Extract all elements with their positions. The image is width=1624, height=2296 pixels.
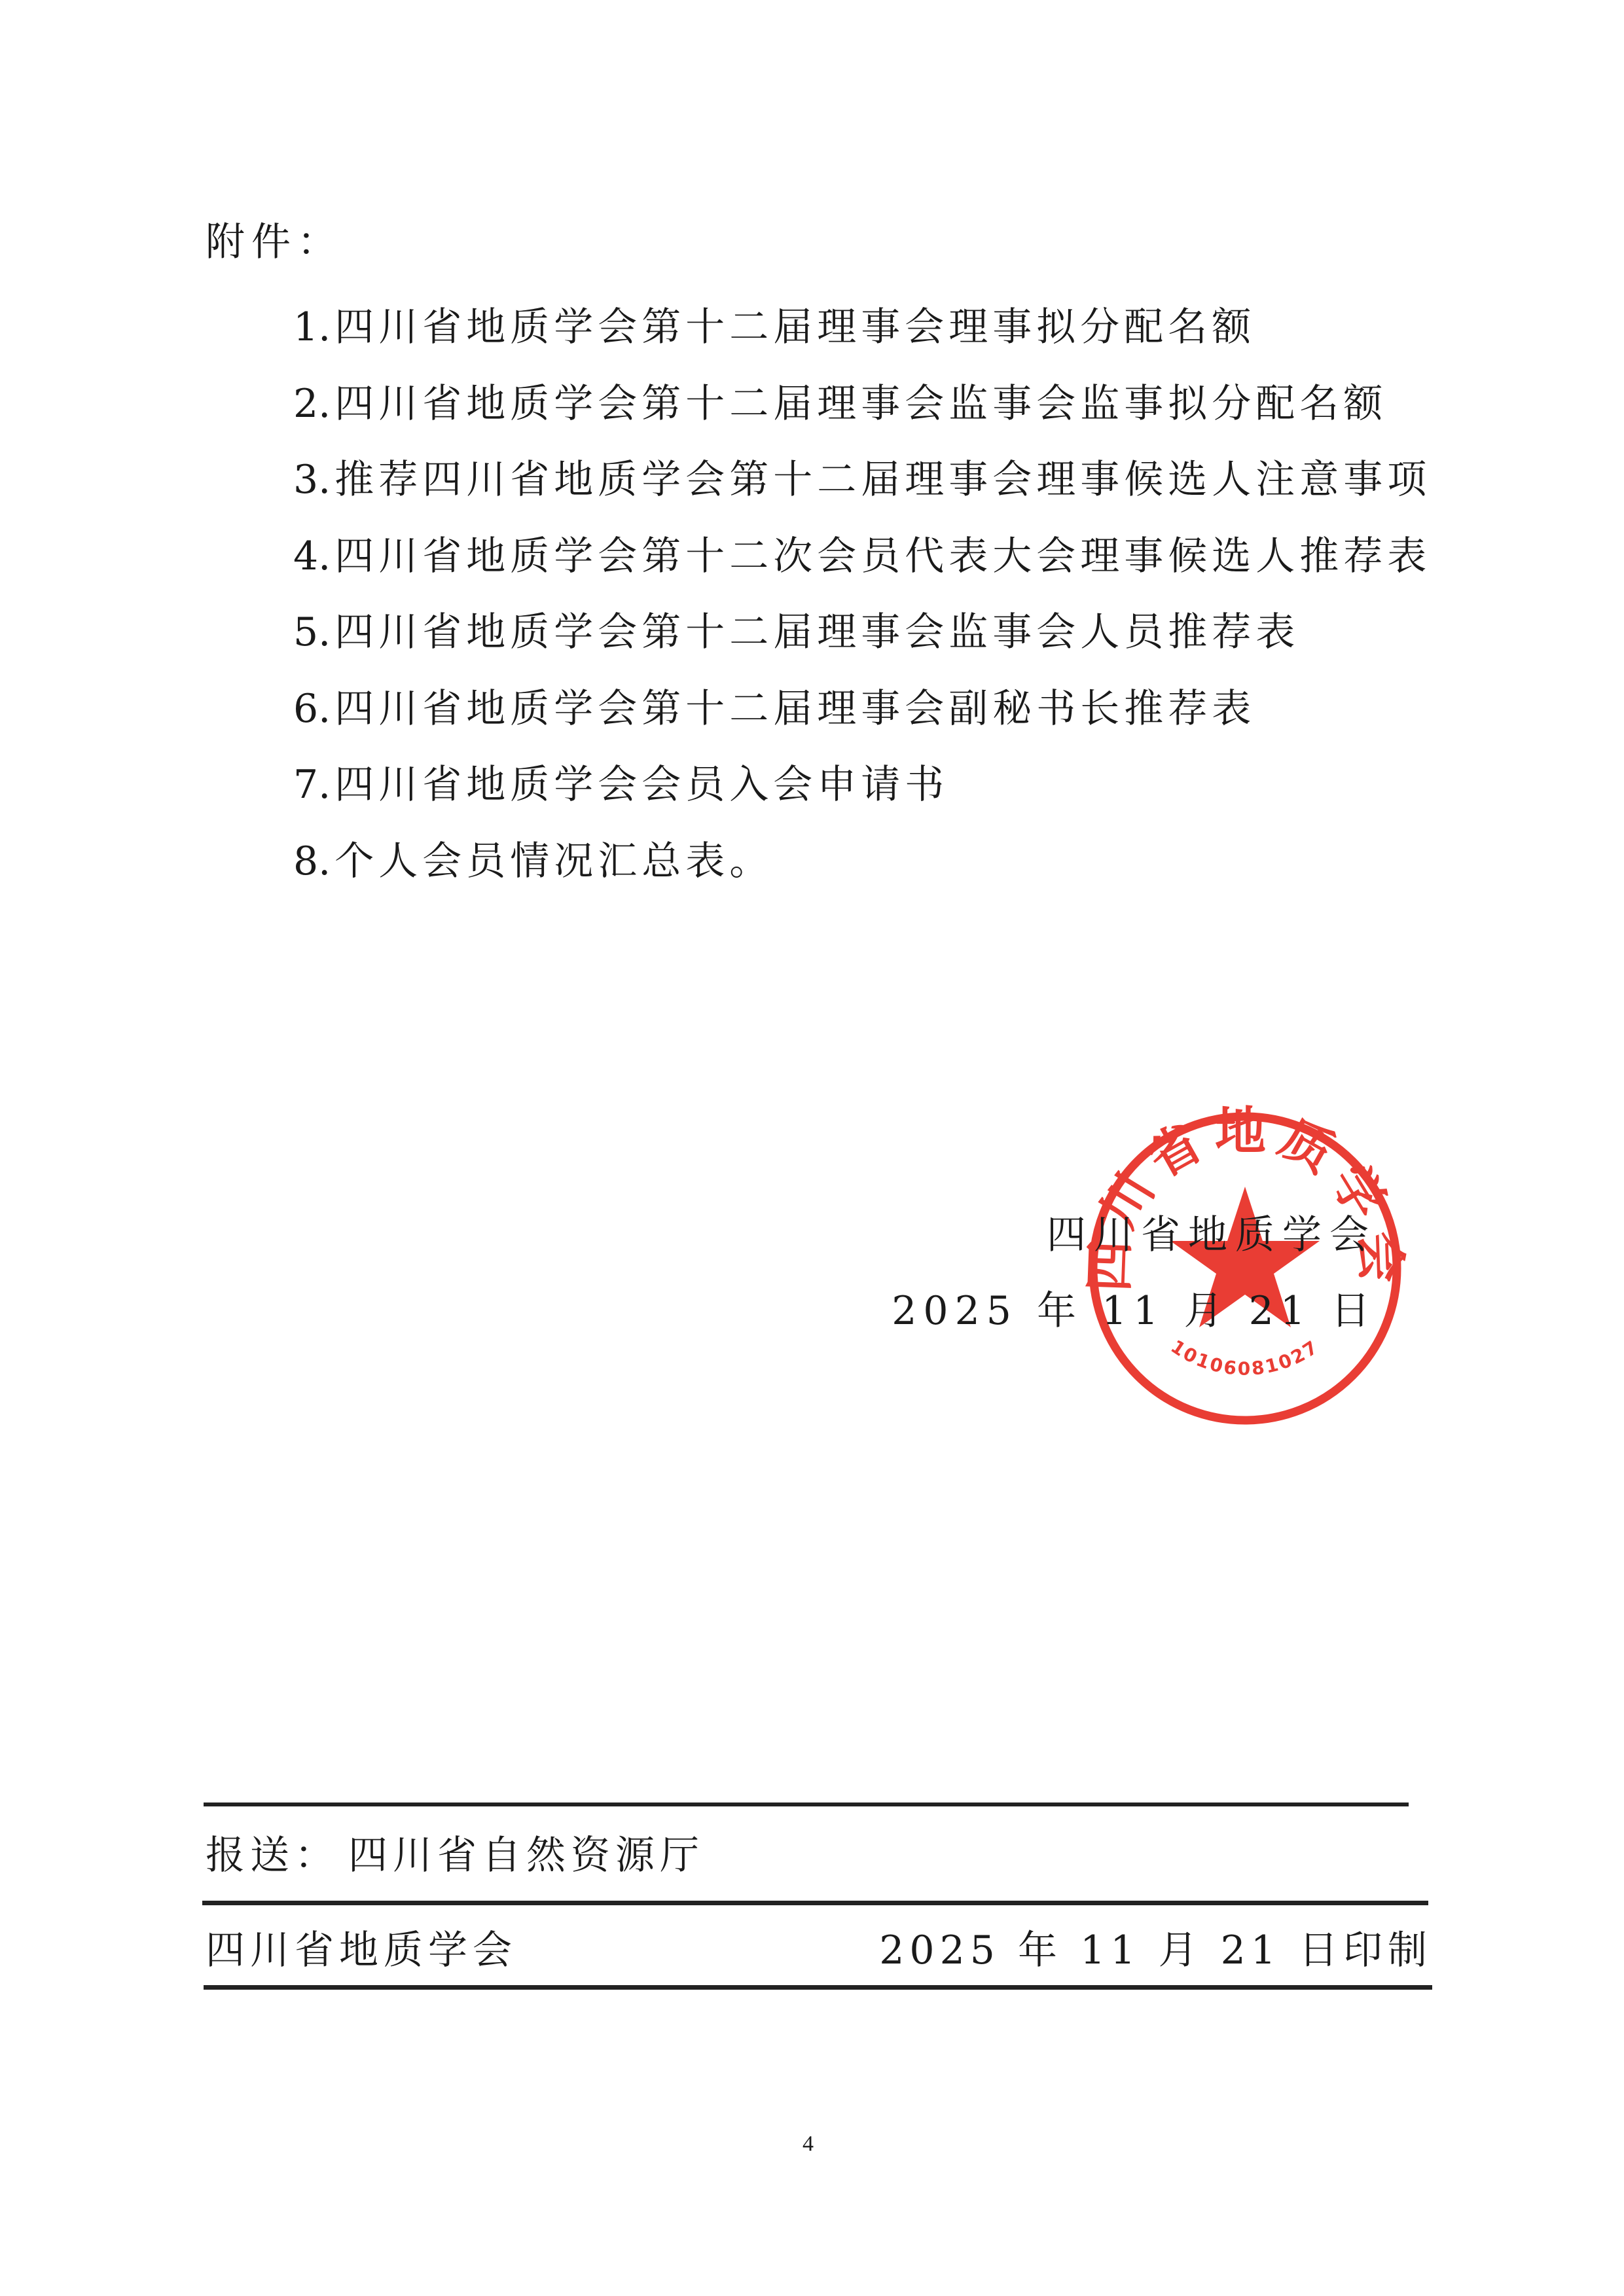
print-date: 2025 年 11 月 21 日印制 — [879, 1928, 1432, 1973]
attachment-number: 4. — [293, 533, 331, 579]
attachment-title: 四川省地质学会第十二次会员代表大会理事候选人推荐表 — [334, 533, 1431, 579]
attachment-item: 7.四川省地质学会会员入会申请书 — [293, 747, 1431, 823]
attachment-number: 6. — [293, 686, 331, 732]
attachments-heading: 附件： — [206, 216, 343, 268]
attachment-title: 四川省地质学会第十二届理事会监事会人员推荐表 — [334, 609, 1299, 655]
cc-line: 报送：四川省自然资源厅 — [206, 1833, 704, 1878]
cc-label: 报送： — [206, 1833, 339, 1878]
attachment-title: 个人会员情况汇总表。 — [334, 838, 773, 884]
footer-divider-bottom — [204, 1985, 1432, 1990]
footer-divider-middle — [202, 1901, 1428, 1905]
attachment-number: 2. — [293, 381, 331, 427]
official-seal: 四川省地质学会 5101060810278 — [1081, 1105, 1409, 1432]
footer-divider-top — [204, 1803, 1409, 1806]
attachment-title: 四川省地质学会第十二届理事会副秘书长推荐表 — [334, 686, 1255, 732]
attachment-number: 8. — [293, 838, 331, 884]
signature-organization: 四川省地质学会 — [1047, 1212, 1377, 1258]
attachment-title: 四川省地质学会第十二届理事会理事拟分配名额 — [334, 304, 1255, 350]
page-number: 4 — [803, 2131, 814, 2157]
attachment-item: 2.四川省地质学会第十二届理事会监事会监事拟分配名额 — [293, 366, 1431, 442]
attachment-item: 5.四川省地质学会第十二届理事会监事会人员推荐表 — [293, 594, 1431, 671]
attachment-title: 四川省地质学会第十二届理事会监事会监事拟分配名额 — [334, 381, 1387, 427]
cc-recipient: 四川省自然资源厅 — [348, 1833, 704, 1878]
signature-date: 2025 年 11 月 21 日 — [892, 1288, 1377, 1334]
attachment-item: 1.四川省地质学会第十二届理事会理事拟分配名额 — [293, 289, 1431, 366]
attachment-title: 推荐四川省地质学会第十二届理事会理事候选人注意事项 — [334, 457, 1431, 503]
attachment-title: 四川省地质学会会员入会申请书 — [334, 762, 948, 808]
attachment-number: 7. — [293, 762, 331, 808]
issuer-organization: 四川省地质学会 — [206, 1928, 517, 1973]
attachment-item: 4.四川省地质学会第十二次会员代表大会理事候选人推荐表 — [293, 518, 1431, 595]
attachments-list: 1.四川省地质学会第十二届理事会理事拟分配名额 2.四川省地质学会第十二届理事会… — [293, 289, 1431, 899]
attachment-item: 3.推荐四川省地质学会第十二届理事会理事候选人注意事项 — [293, 442, 1431, 518]
attachment-number: 3. — [293, 457, 331, 503]
attachment-item: 6.四川省地质学会第十二届理事会副秘书长推荐表 — [293, 671, 1431, 747]
document-page: 附件： 1.四川省地质学会第十二届理事会理事拟分配名额 2.四川省地质学会第十二… — [0, 0, 1624, 2296]
attachment-number: 5. — [293, 609, 331, 655]
attachment-number: 1. — [293, 304, 331, 350]
attachment-item: 8.个人会员情况汇总表。 — [293, 823, 1431, 900]
